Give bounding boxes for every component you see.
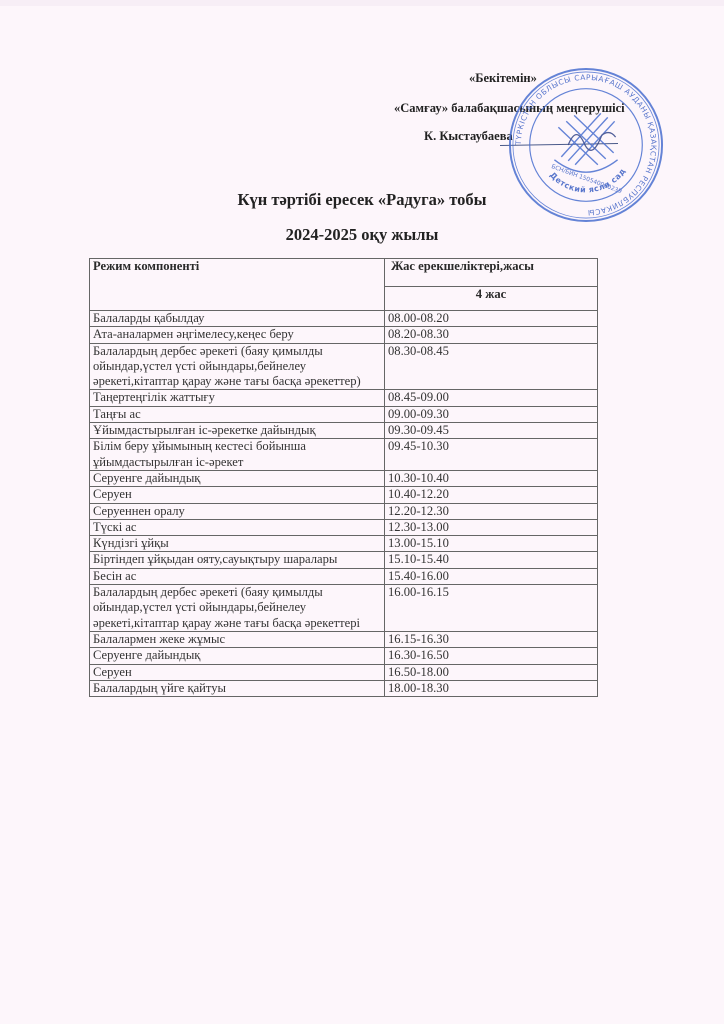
activity-cell: Күндізгі ұйқы bbox=[90, 536, 385, 552]
time-cell: 12.20-12.30 bbox=[385, 503, 598, 519]
time-cell: 16.50-18.00 bbox=[385, 664, 598, 680]
table-row: Балалармен жеке жұмыс16.15-16.30 bbox=[90, 631, 598, 647]
table-row: Таңғы ас09.00-09.30 bbox=[90, 406, 598, 422]
activity-cell: Серуеннен оралу bbox=[90, 503, 385, 519]
table-row: Серуен16.50-18.00 bbox=[90, 664, 598, 680]
time-cell: 16.15-16.30 bbox=[385, 631, 598, 647]
activity-cell: Серуенге дайындық bbox=[90, 648, 385, 664]
column-header-age: Жас ерекшеліктері,жасы bbox=[385, 259, 598, 287]
time-cell: 09.00-09.30 bbox=[385, 406, 598, 422]
table-row: Серуенге дайындық16.30-16.50 bbox=[90, 648, 598, 664]
activity-cell: Ата-аналармен әңгімелесу,кеңес беру bbox=[90, 327, 385, 343]
daily-schedule-table: Режим компоненті Жас ерекшеліктері,жасы … bbox=[89, 258, 598, 697]
time-cell: 08.00-08.20 bbox=[385, 311, 598, 327]
time-cell: 08.30-08.45 bbox=[385, 343, 598, 390]
table-row: Біртіндеп ұйқыдан ояту,сауықтыру шаралар… bbox=[90, 552, 598, 568]
column-subheader-age-group: 4 жас bbox=[385, 287, 598, 311]
document-title: Күн тәртібі ересек «Радуга» тобы bbox=[0, 190, 724, 210]
time-cell: 12.30-13.00 bbox=[385, 519, 598, 535]
table-row: Серуен10.40-12.20 bbox=[90, 487, 598, 503]
activity-cell: Балалардың үйге қайтуы bbox=[90, 680, 385, 696]
table-header-row: Режим компоненті Жас ерекшеліктері,жасы bbox=[90, 259, 598, 287]
table-row: Түскі ас12.30-13.00 bbox=[90, 519, 598, 535]
table-row: Балалардың дербес әрекеті (баяу қимылды … bbox=[90, 343, 598, 390]
time-cell: 15.40-16.00 bbox=[385, 568, 598, 584]
table-row: Серуенге дайындық10.30-10.40 bbox=[90, 470, 598, 486]
activity-cell: Балалармен жеке жұмыс bbox=[90, 631, 385, 647]
time-cell: 09.30-09.45 bbox=[385, 423, 598, 439]
activity-cell: Таңертеңгілік жаттығу bbox=[90, 390, 385, 406]
activity-cell: Балаларды қабылдау bbox=[90, 311, 385, 327]
time-cell: 15.10-15.40 bbox=[385, 552, 598, 568]
table-row: Ата-аналармен әңгімелесу,кеңес беру08.20… bbox=[90, 327, 598, 343]
time-cell: 16.30-16.50 bbox=[385, 648, 598, 664]
table-row: Білім беру ұйымының кестесі бойынша ұйым… bbox=[90, 439, 598, 471]
activity-cell: Таңғы ас bbox=[90, 406, 385, 422]
activity-cell: Бесін ас bbox=[90, 568, 385, 584]
activity-cell: Серуенге дайындық bbox=[90, 470, 385, 486]
academic-year: 2024-2025 оқу жылы bbox=[0, 225, 724, 245]
table-row: Балалардың дербес әрекеті (баяу қимылды … bbox=[90, 585, 598, 632]
table-row: Бесін ас15.40-16.00 bbox=[90, 568, 598, 584]
table-row: Таңертеңгілік жаттығу08.45-09.00 bbox=[90, 390, 598, 406]
time-cell: 10.30-10.40 bbox=[385, 470, 598, 486]
table-row: Балалардың үйге қайтуы18.00-18.30 bbox=[90, 680, 598, 696]
activity-cell: Біртіндеп ұйқыдан ояту,сауықтыру шаралар… bbox=[90, 552, 385, 568]
time-cell: 13.00-15.10 bbox=[385, 536, 598, 552]
scan-top-strip bbox=[0, 0, 724, 6]
time-cell: 16.00-16.15 bbox=[385, 585, 598, 632]
activity-cell: Балалардың дербес әрекеті (баяу қимылды … bbox=[90, 585, 385, 632]
activity-cell: Серуен bbox=[90, 487, 385, 503]
time-cell: 18.00-18.30 bbox=[385, 680, 598, 696]
time-cell: 08.45-09.00 bbox=[385, 390, 598, 406]
column-header-component: Режим компоненті bbox=[90, 259, 385, 311]
time-cell: 08.20-08.30 bbox=[385, 327, 598, 343]
table-row: Серуеннен оралу12.20-12.30 bbox=[90, 503, 598, 519]
activity-cell: Түскі ас bbox=[90, 519, 385, 535]
table-row: Ұйымдастырылған іс-әрекетке дайындық09.3… bbox=[90, 423, 598, 439]
time-cell: 10.40-12.20 bbox=[385, 487, 598, 503]
activity-cell: Серуен bbox=[90, 664, 385, 680]
activity-cell: Білім беру ұйымының кестесі бойынша ұйым… bbox=[90, 439, 385, 471]
time-cell: 09.45-10.30 bbox=[385, 439, 598, 471]
table-row: Балаларды қабылдау08.00-08.20 bbox=[90, 311, 598, 327]
approval-name: К. Кыстаубаева bbox=[424, 129, 513, 144]
table-row: Күндізгі ұйқы13.00-15.10 bbox=[90, 536, 598, 552]
activity-cell: Ұйымдастырылған іс-әрекетке дайындық bbox=[90, 423, 385, 439]
activity-cell: Балалардың дербес әрекеті (баяу қимылды … bbox=[90, 343, 385, 390]
